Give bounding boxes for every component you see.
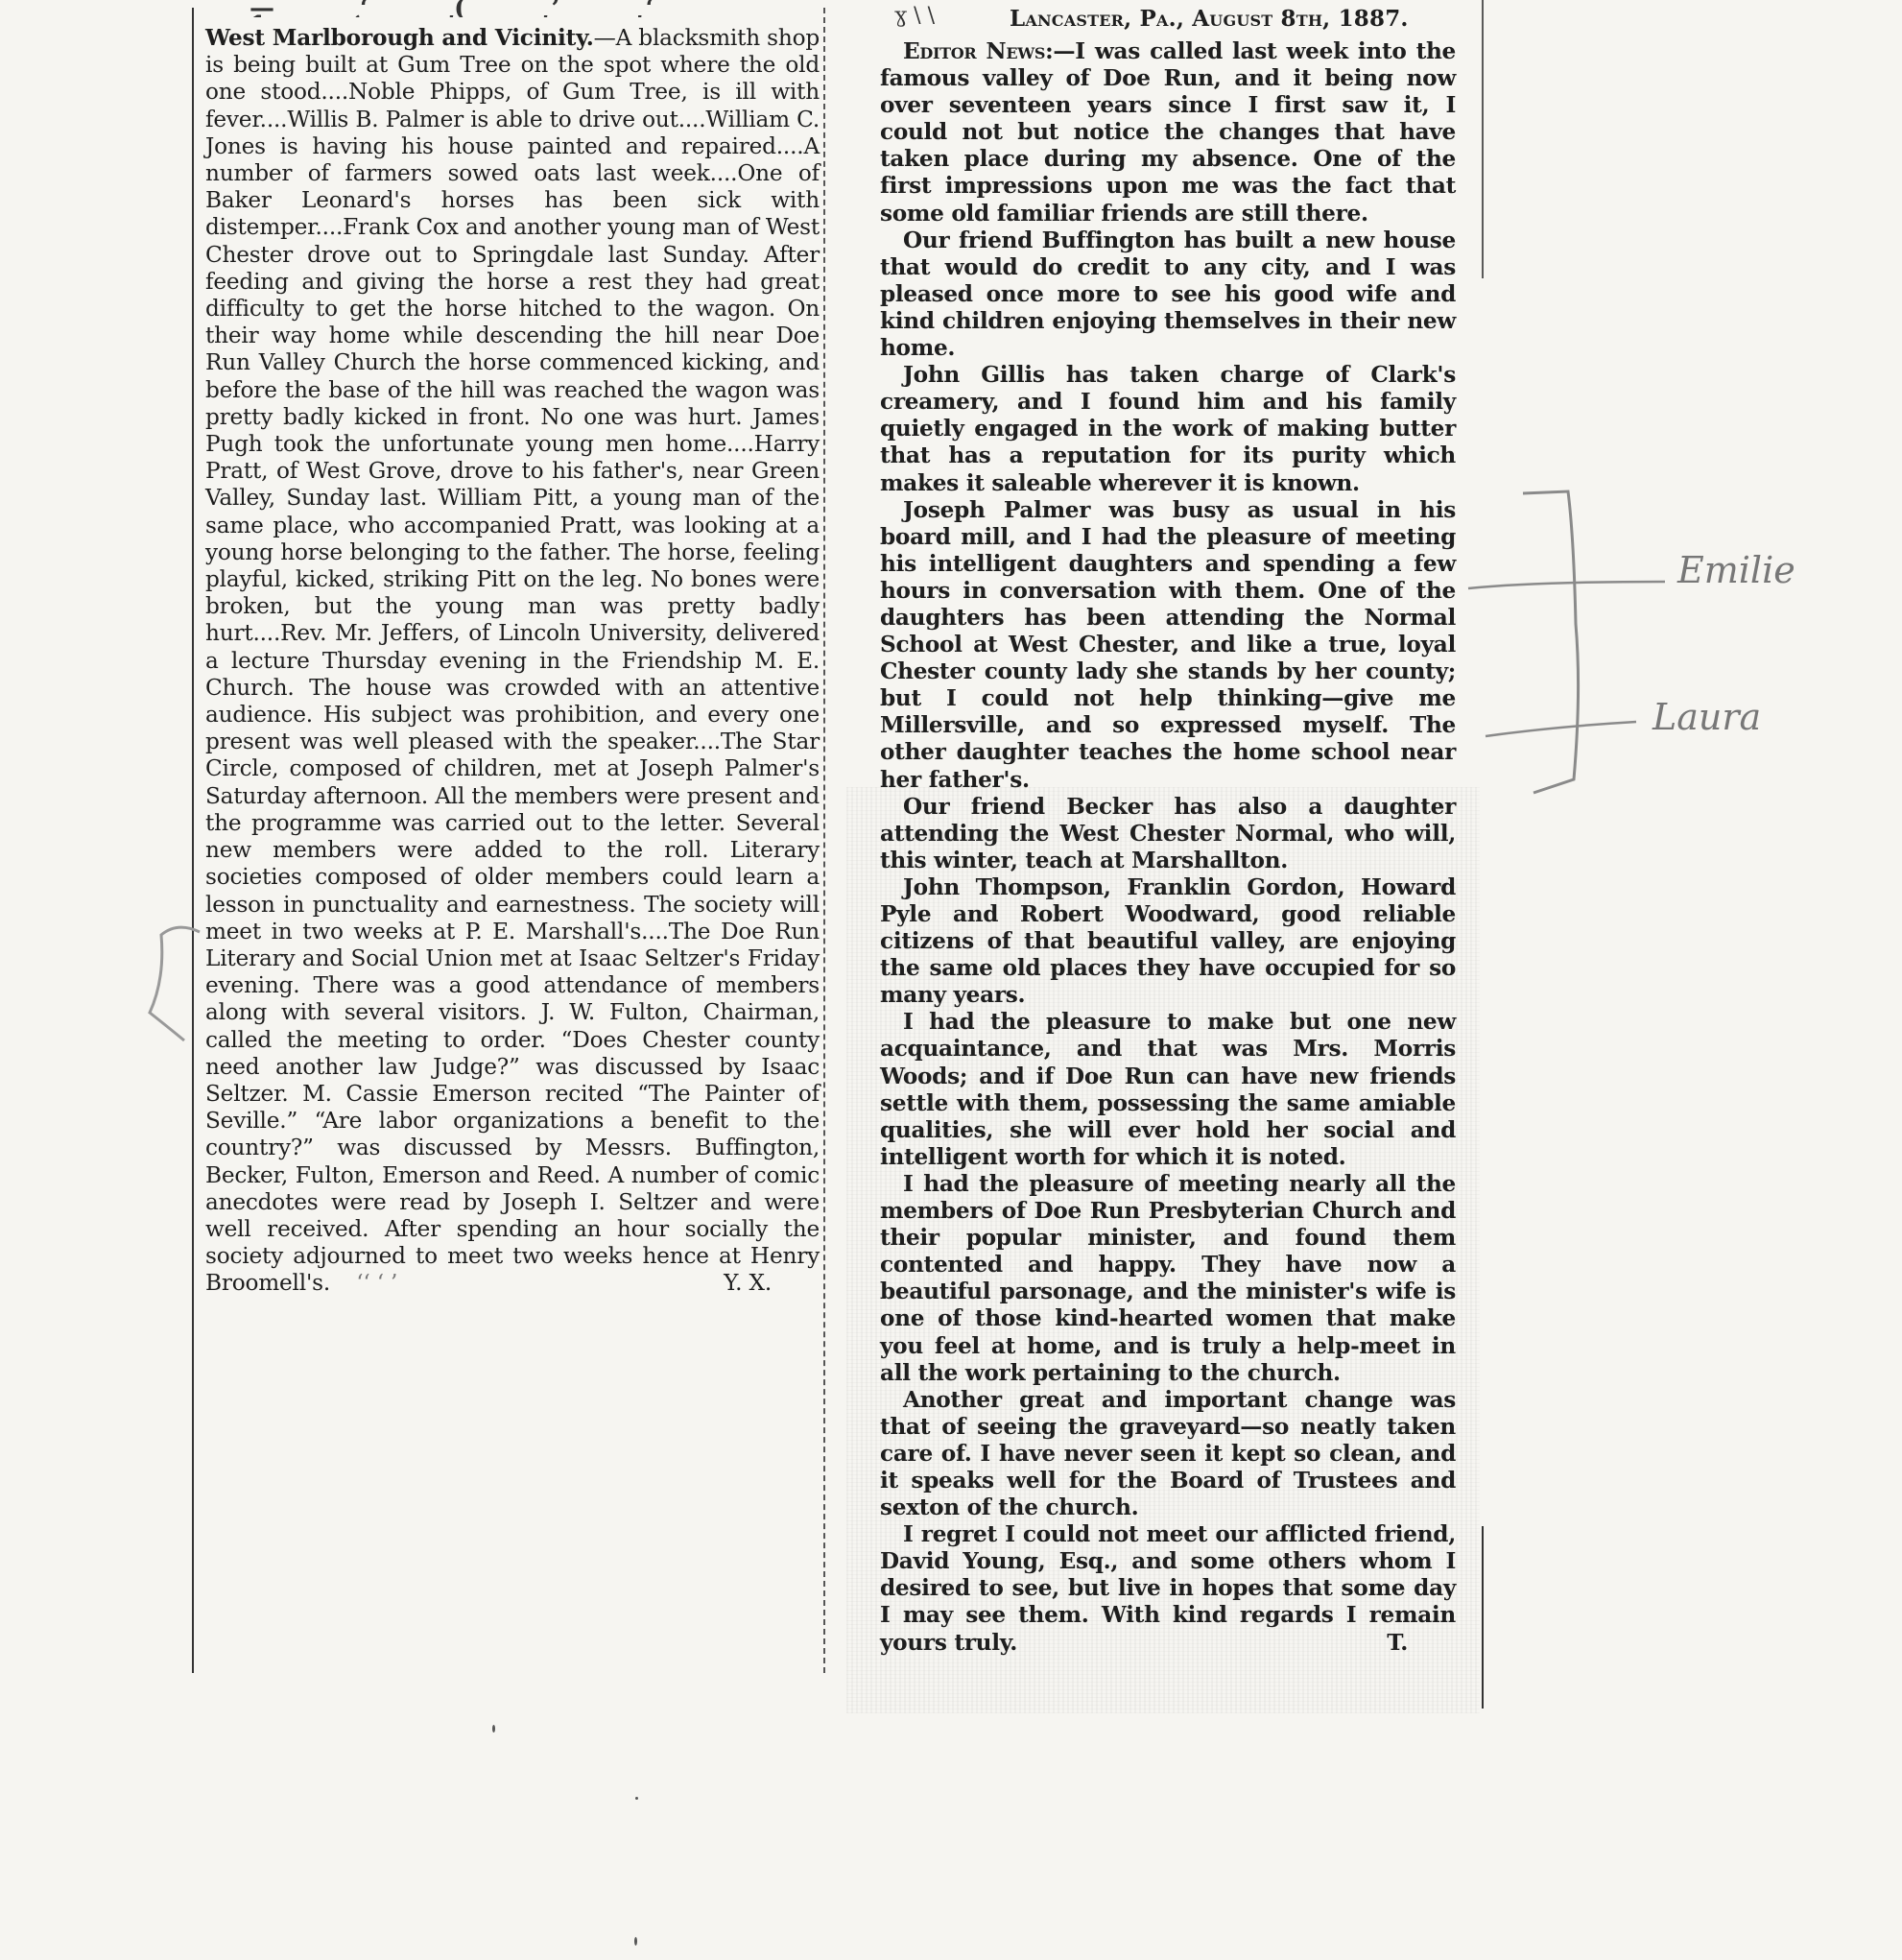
pointer-line-emilie (1468, 582, 1665, 588)
pointer-line-laura (1486, 722, 1636, 736)
bracket-left (150, 927, 200, 1040)
handwritten-name-emilie: Emilie (1677, 549, 1795, 591)
pencil-annotations (0, 0, 1902, 1960)
bracket-right (1523, 491, 1579, 793)
handwritten-name-laura: Laura (1652, 696, 1761, 738)
